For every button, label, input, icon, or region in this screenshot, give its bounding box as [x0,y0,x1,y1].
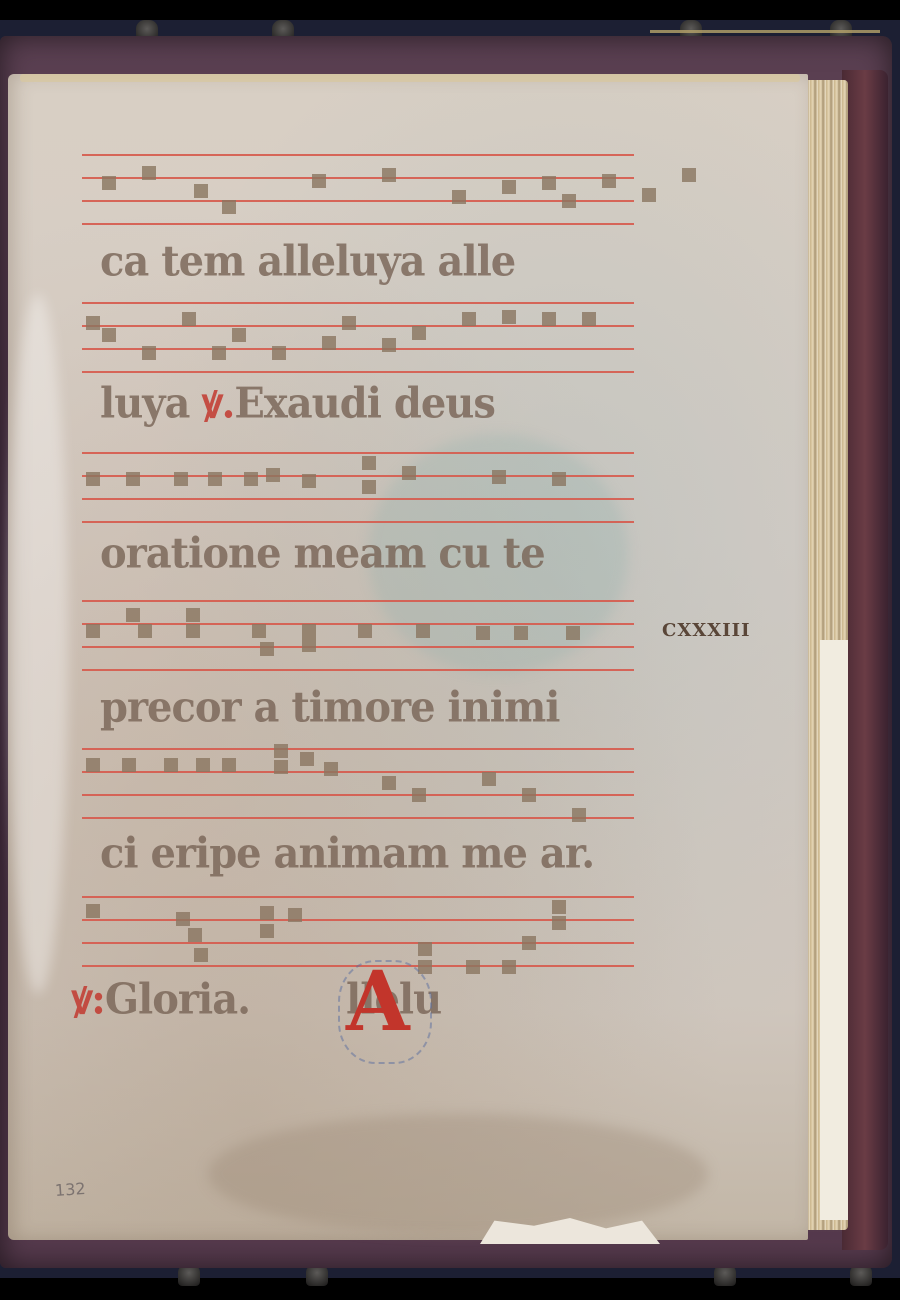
square-neume-note [642,188,656,202]
square-neume-note [196,758,210,772]
staff-line [82,498,634,500]
square-neume-note [252,624,266,638]
rubric-versicle-sign: ꝟ. [202,379,234,428]
staff-line [82,200,634,202]
square-neume-note [482,772,496,786]
square-neume-note [522,936,536,950]
square-neume-note [502,310,516,324]
square-neume-note [212,346,226,360]
lyric-post: Exaudi deus [234,379,494,428]
square-neume-note [164,758,178,772]
square-neume-note [502,180,516,194]
square-neume-note [86,904,100,918]
binding-spine-edge [842,70,888,1250]
square-neume-note [582,312,596,326]
staff-line [82,521,634,523]
square-neume-note [466,960,480,974]
square-neume-note [244,472,258,486]
square-neume-note [542,176,556,190]
lyric-line-4: precor a timore inimi [100,683,630,733]
square-neume-note [514,626,528,640]
square-neume-note [260,906,274,920]
square-neume-note [362,456,376,470]
square-neume-note [126,608,140,622]
square-neume-note [476,626,490,640]
staff-1 [82,154,634,226]
square-neume-note [522,788,536,802]
square-neume-note [562,194,576,208]
worn-margin [8,294,68,994]
rubric-versicle-sign: ꝟ: [72,975,105,1024]
staff-4 [82,600,634,672]
damage-stain [208,1114,708,1234]
square-neume-note [182,312,196,326]
square-neume-note [102,328,116,342]
square-neume-note [324,762,338,776]
square-neume-note [194,184,208,198]
square-neume-note [402,466,416,480]
square-neume-note [382,776,396,790]
staff-line [82,371,634,373]
staff-line [82,748,634,750]
square-neume-note [142,166,156,180]
gilt-edge [650,30,880,33]
square-neume-note [138,624,152,638]
square-neume-note [462,312,476,326]
square-neume-note [86,472,100,486]
square-neume-note [126,472,140,486]
staff-line [82,302,634,304]
staff-line [82,348,634,350]
square-neume-note [452,190,466,204]
staff-2 [82,302,634,374]
square-neume-note [176,912,190,926]
square-neume-note [272,346,286,360]
square-neume-note [682,168,696,182]
staff-line [82,669,634,671]
square-neume-note [222,758,236,772]
square-neume-note [382,168,396,182]
square-neume-note [194,948,208,962]
square-neume-note [416,624,430,638]
square-neume-note [312,174,326,188]
square-neume-note [322,336,336,350]
square-neume-note [122,758,136,772]
square-neume-note [602,174,616,188]
square-neume-note [288,908,302,922]
pencil-foliation: 132 [54,1179,86,1200]
staff-line [82,223,634,225]
square-neume-note [572,808,586,822]
square-neume-note [142,346,156,360]
lyric-line-1: ca tem alleluya alle [100,237,630,287]
square-neume-note [492,470,506,484]
square-neume-note [208,472,222,486]
square-neume-note [260,924,274,938]
initial-letter: A [346,954,410,1050]
square-neume-note [186,624,200,638]
lyric-pre: luya [100,379,189,428]
square-neume-note [274,760,288,774]
folio-number: CXXXIII [662,620,750,641]
endpaper [820,640,848,1220]
square-neume-note [302,638,316,652]
square-neume-note [222,200,236,214]
square-neume-note [188,928,202,942]
square-neume-note [86,758,100,772]
lyric-line-6: ꝟ:Gloria.llelu [72,975,602,1025]
square-neume-note [86,624,100,638]
square-neume-note [362,480,376,494]
lyric-line-5: ci eripe animam me ar. [100,829,630,879]
page-top-edge [20,74,800,82]
square-neume-note [266,468,280,482]
square-neume-note [302,624,316,638]
square-neume-note [418,942,432,956]
square-neume-note [102,176,116,190]
square-neume-note [412,326,426,340]
lyric-line-2: luya ꝟ.Exaudi deus [100,379,630,429]
square-neume-note [552,916,566,930]
lyric-pre: Gloria. [105,975,250,1024]
square-neume-note [358,624,372,638]
square-neume-note [342,316,356,330]
square-neume-note [232,328,246,342]
square-neume-note [566,626,580,640]
square-neume-note [300,752,314,766]
staff-3 [82,452,634,524]
square-neume-note [382,338,396,352]
illuminated-initial: A [338,960,428,1060]
square-neume-note [412,788,426,802]
staff-line [82,794,634,796]
square-neume-note [186,608,200,622]
square-neume-note [502,960,516,974]
square-neume-note [86,316,100,330]
lyric-line-3: oratione meam cu te [100,529,630,579]
square-neume-note [174,472,188,486]
square-neume-note [552,472,566,486]
staff-line [82,154,634,156]
staff-5 [82,748,634,820]
staff-line [82,896,634,898]
staff-line [82,646,634,648]
square-neume-note [542,312,556,326]
square-neume-note [302,474,316,488]
square-neume-note [552,900,566,914]
square-neume-note [260,642,274,656]
square-neume-note [274,744,288,758]
staff-line [82,817,634,819]
staff-line [82,942,634,944]
staff-line [82,452,634,454]
staff-line [82,600,634,602]
